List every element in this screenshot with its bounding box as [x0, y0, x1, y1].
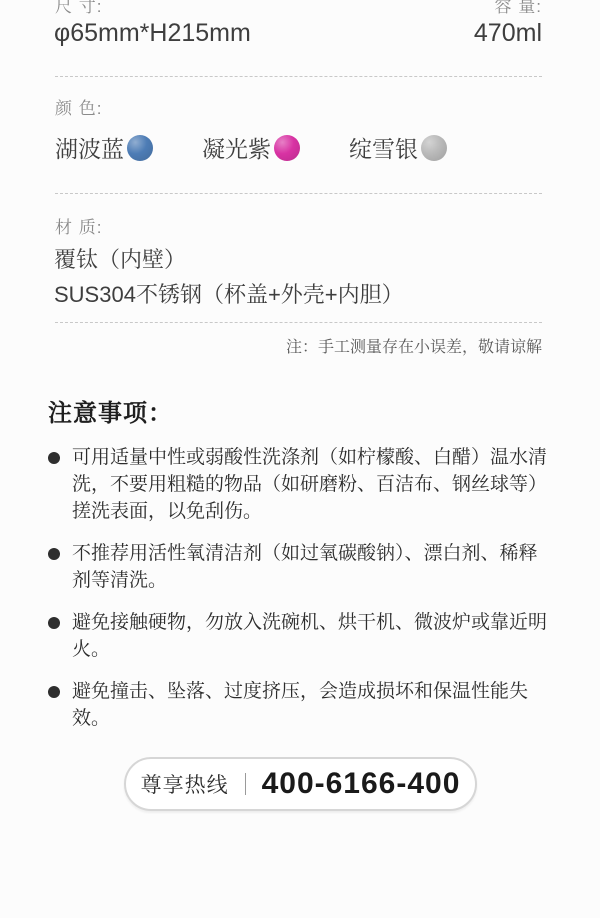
- notice-item-text: 可用适量中性或弱酸性洗涤剂（如柠檬酸、白醋）温水清洗，不要用粗糙的物品（如研磨粉…: [72, 444, 556, 525]
- hotline-number: 400-6166-400: [262, 767, 461, 801]
- divider: [55, 76, 542, 77]
- bullet-icon: [48, 452, 60, 464]
- color-name: 绽雪银: [349, 131, 418, 164]
- measurement-note: 注：手工测量存在小误差，敬请谅解: [286, 334, 542, 357]
- notice-item-text: 避免接触硬物，勿放入洗碗机、烘干机、微波炉或靠近明火。: [72, 609, 556, 663]
- material-line-coating: 覆钛（内壁）: [54, 242, 404, 277]
- color-options: 湖波蓝 凝光紫 绽雪银: [55, 131, 447, 164]
- hotline-label: 尊享热线: [141, 769, 229, 799]
- silver-swatch-icon: [421, 135, 447, 161]
- purple-swatch-icon: [274, 135, 300, 161]
- color-label: 颜 色:: [55, 94, 102, 119]
- bullet-icon: [48, 686, 60, 698]
- blue-swatch-icon: [127, 135, 153, 161]
- notice-item: 不推荐用活性氧清洁剂（如过氧碳酸钠）、漂白剂、稀释剂等清洗。: [48, 540, 556, 594]
- hotline-pill: 尊享热线 400-6166-400: [124, 757, 477, 811]
- bullet-icon: [48, 617, 60, 629]
- color-option-silver: 绽雪银: [349, 131, 447, 164]
- notice-item: 可用适量中性或弱酸性洗涤剂（如柠檬酸、白醋）温水清洗，不要用粗糙的物品（如研磨粉…: [48, 444, 556, 525]
- divider: [55, 193, 542, 194]
- size-label: 尺 寸:: [55, 0, 102, 17]
- notice-item-text: 不推荐用活性氧清洁剂（如过氧碳酸钠）、漂白剂、稀释剂等清洗。: [72, 540, 556, 594]
- material-label: 材 质:: [55, 213, 102, 238]
- capacity-label: 容 量:: [495, 0, 542, 17]
- notice-item: 避免撞击、坠落、过度挤压，会造成损坏和保温性能失效。: [48, 678, 556, 732]
- color-option-purple: 凝光紫: [202, 131, 300, 164]
- color-name: 凝光紫: [202, 131, 271, 164]
- notice-list: 可用适量中性或弱酸性洗涤剂（如柠檬酸、白醋）温水清洗，不要用粗糙的物品（如研磨粉…: [48, 444, 556, 747]
- notice-item: 避免接触硬物，勿放入洗碗机、烘干机、微波炉或靠近明火。: [48, 609, 556, 663]
- product-spec-page: 尺 寸: φ65mm*H215mm 容 量: 470ml 颜 色: 湖波蓝 凝光…: [0, 0, 600, 918]
- color-name: 湖波蓝: [55, 131, 124, 164]
- bullet-icon: [48, 548, 60, 560]
- notice-item-text: 避免撞击、坠落、过度挤压，会造成损坏和保温性能失效。: [72, 678, 556, 732]
- size-value: φ65mm*H215mm: [54, 19, 251, 48]
- material-line-steel: SUS304不锈钢（杯盖+外壳+内胆）: [54, 277, 404, 312]
- capacity-value: 470ml: [474, 19, 542, 48]
- divider: [55, 322, 542, 323]
- material-lines: 覆钛（内壁） SUS304不锈钢（杯盖+外壳+内胆）: [54, 242, 404, 312]
- hotline-divider: [245, 773, 246, 795]
- color-option-blue: 湖波蓝: [55, 131, 153, 164]
- notice-heading: 注意事项：: [48, 393, 173, 428]
